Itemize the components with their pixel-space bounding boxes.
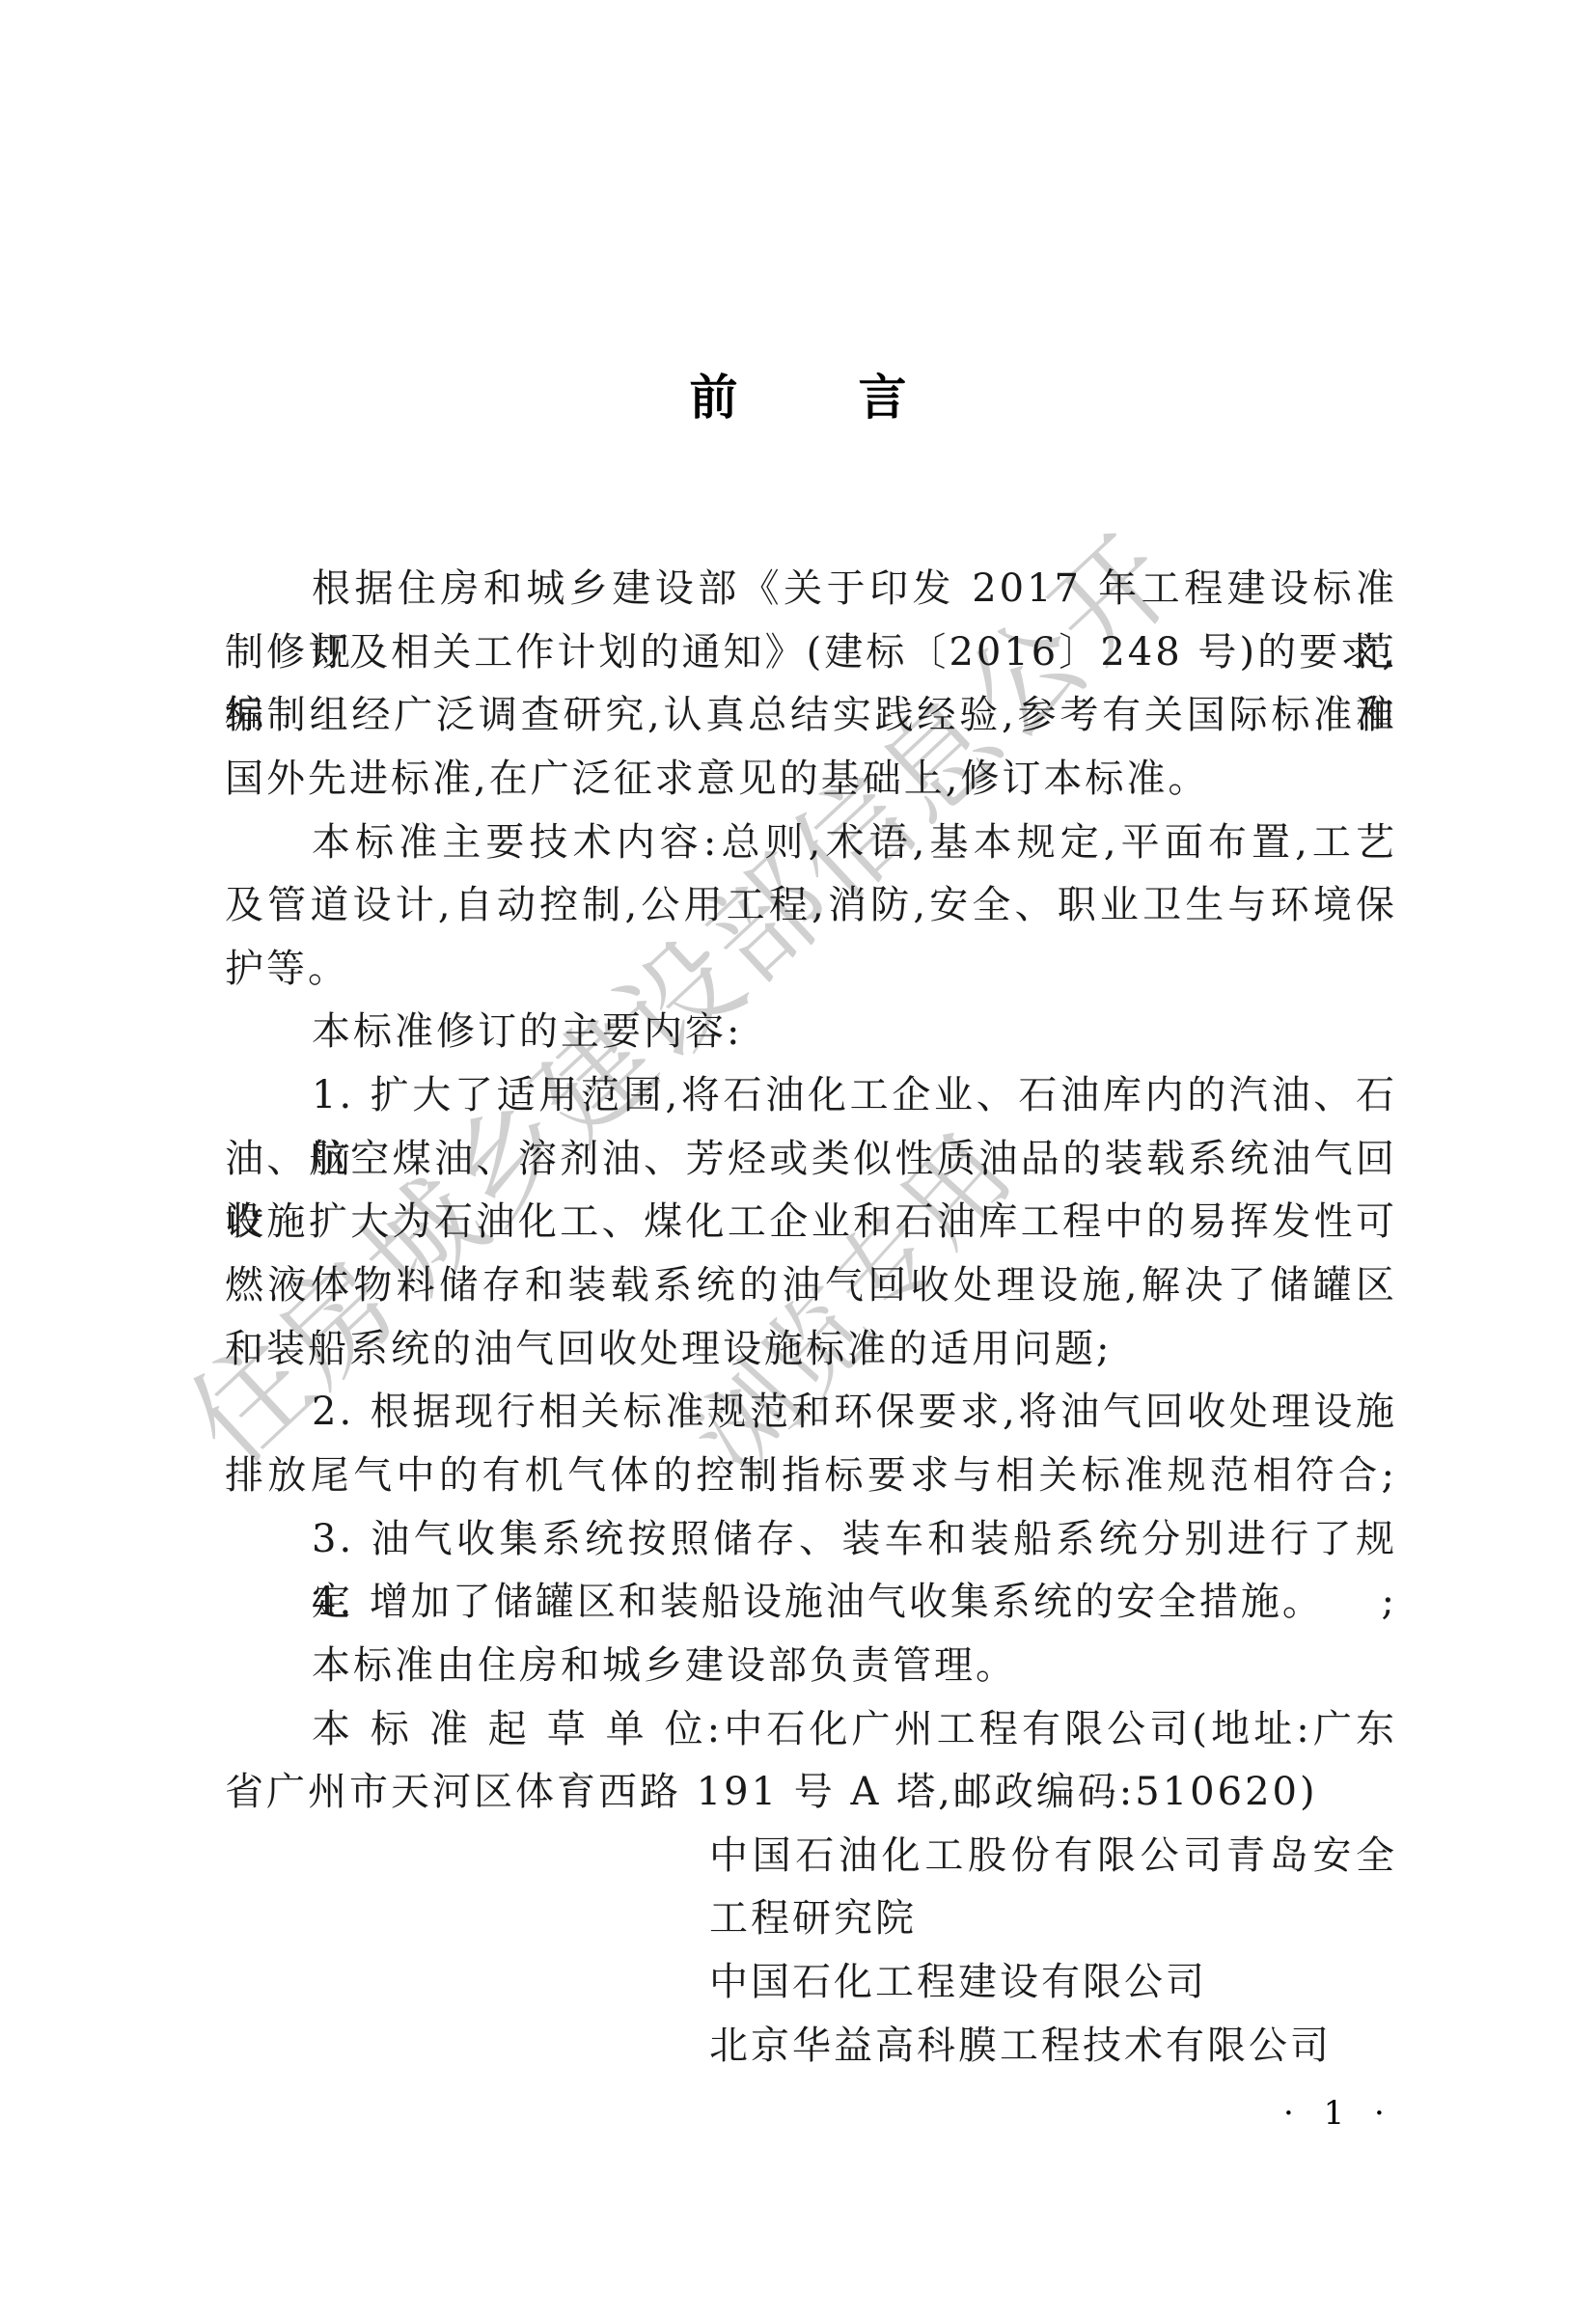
page-number: · 1 · [1283, 2094, 1394, 2133]
text-line: 中国石化工程建设有限公司 [225, 1951, 1397, 2015]
text-line: 和装船系统的油气回收处理设施标准的适用问题; [225, 1318, 1397, 1382]
preface-body: 根据住房和城乡建设部《关于印发 2017 年工程建设标准规范制修订及相关工作计划… [225, 558, 1397, 2078]
title-char-2: 言 [859, 369, 907, 427]
text-line: 编制组经广泛调查研究,认真总结实践经验,参考有关国际标准和 [225, 684, 1397, 748]
text-line: 本标准修订的主要内容: [225, 1001, 1397, 1064]
text-line: 国外先进标准,在广泛征求意见的基础上,修订本标准。 [225, 748, 1397, 812]
text-line: 中国石油化工股份有限公司青岛安全 [225, 1825, 1397, 1888]
title-char-1: 前 [690, 369, 738, 427]
text-line: 省广州市天河区体育西路 191 号 A 塔,邮政编码:510620) [225, 1761, 1397, 1825]
text-line: 燃液体物料储存和装载系统的油气回收处理设施,解决了储罐区 [225, 1254, 1397, 1318]
text-line: 本标准主要技术内容:总则,术语,基本规定,平面布置,工艺 [225, 812, 1397, 875]
text-line: 工程研究院 [225, 1887, 1397, 1951]
page-title: 前 言 [0, 369, 1596, 427]
text-line: 2. 根据现行相关标准规范和环保要求,将油气回收处理设施 [225, 1381, 1397, 1445]
text-line: 本标准由住房和城乡建设部负责管理。 [225, 1635, 1397, 1698]
text-line: 制修订及相关工作计划的通知》(建标〔2016〕248 号)的要求,标准 [225, 621, 1397, 685]
text-line: 1. 扩大了适用范围,将石油化工企业、石油库内的汽油、石脑 [225, 1064, 1397, 1128]
text-line: 油、航空煤油、溶剂油、芳烃或类似性质油品的装载系统油气回收 [225, 1128, 1397, 1192]
text-line: 设施扩大为石油化工、煤化工企业和石油库工程中的易挥发性可 [225, 1191, 1397, 1254]
text-line: 本 标 准 起 草 单 位:中石化广州工程有限公司(地址:广东 [225, 1698, 1397, 1762]
text-line: 3. 油气收集系统按照储存、装车和装船系统分别进行了规定; [225, 1508, 1397, 1572]
document-page: 住房城乡建设部信息公开 浏览专用 前 言 根据住房和城乡建设部《关于印发 201… [0, 0, 1596, 2314]
text-line: 及管道设计,自动控制,公用工程,消防,安全、职业卫生与环境保 [225, 874, 1397, 938]
text-line: 根据住房和城乡建设部《关于印发 2017 年工程建设标准规范 [225, 558, 1397, 621]
text-line: 北京华益高科膜工程技术有限公司 [225, 2015, 1397, 2079]
text-line: 4. 增加了储罐区和装船设施油气收集系统的安全措施。 [225, 1571, 1397, 1635]
text-line: 排放尾气中的有机气体的控制指标要求与相关标准规范相符合; [225, 1445, 1397, 1508]
text-line: 护等。 [225, 938, 1397, 1002]
